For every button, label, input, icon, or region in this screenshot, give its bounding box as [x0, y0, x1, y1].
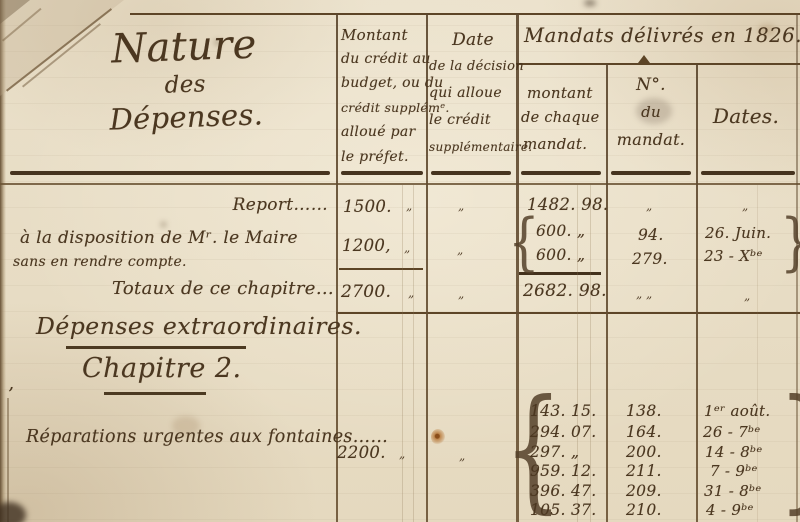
- number-header-line: du: [608, 99, 694, 126]
- mandat-amount: 143. 15.: [530, 402, 597, 420]
- totaux-credit: 2700.: [341, 282, 391, 302]
- mandat-amount: 396. 47.: [530, 482, 597, 500]
- report-credit: 1500.: [343, 197, 392, 216]
- nature-column-header: Nature des Dépenses.: [68, 20, 302, 138]
- decision-header-line: le crédit: [429, 107, 517, 134]
- mandat-amount: 105. 37.: [530, 501, 597, 519]
- amount-header-line: montant: [521, 81, 605, 106]
- dates-column-header: Dates.: [700, 104, 792, 128]
- number-header-line: N°.: [608, 72, 694, 99]
- number-header-line: mandat.: [608, 126, 694, 154]
- report-mandat-num-ditto: „: [646, 199, 652, 213]
- mandat-date: 26 - 7ᵇᵉ: [703, 423, 760, 441]
- disposition-mandat-date-2: 23 - Xᵇᵉ: [704, 247, 763, 265]
- section-title-underline: [66, 346, 246, 349]
- cents-guide: [402, 185, 403, 522]
- chapter-total-rule-col2: [339, 268, 423, 270]
- credit-header-line: crédit supplémᵉ.: [341, 95, 425, 120]
- disposition-mandat-num-2: 279.: [632, 250, 668, 268]
- mandat-number-column-header: N°. du mandat.: [608, 72, 694, 154]
- disposition-row-label: à la disposition de Mʳ. le Maire: [20, 228, 298, 248]
- mandats-group-header: Mandats délivrés en 1826.: [524, 24, 796, 47]
- mandats-header-rule: [516, 63, 800, 65]
- section-separator-rule: [336, 312, 800, 314]
- cents-guide: [413, 185, 414, 522]
- chapter-heading: Chapitre 2.: [82, 353, 242, 384]
- mandat-number: 211.: [626, 462, 662, 480]
- nature-title-line1: Nature: [68, 20, 299, 74]
- disposition-row-label2: sans en rendre compte.: [13, 254, 187, 270]
- report-decision-ditto: „: [458, 199, 464, 213]
- credit-header-line: budget, ou du: [341, 71, 425, 95]
- mandat-date: 31 - 8ᵇᵉ: [704, 482, 761, 500]
- reparations-date-brace-close: }: [778, 371, 800, 522]
- totaux-mandat-num-ditto: „ „: [636, 287, 652, 301]
- header-bar-col2: [341, 171, 423, 175]
- chapter-heading-underline: [104, 392, 206, 395]
- top-speck: [584, 0, 596, 6]
- mandat-amount: 959. 12.: [530, 462, 597, 480]
- nature-title-line3: Dépenses.: [71, 96, 302, 138]
- decision-column-header: Date de la décision qui alloue le crédit…: [429, 27, 517, 161]
- bottom-left-shadow: [0, 502, 26, 522]
- mandat-amount-column-header: montant de chaque mandat.: [521, 81, 605, 157]
- report-credit-ditto: „: [406, 199, 412, 213]
- mandat-number: 209.: [626, 482, 662, 500]
- totaux-credit-ditto: „: [408, 286, 414, 300]
- totaux-mandat-amount: 2682. 98.: [523, 281, 607, 301]
- header-bar-col6: [701, 171, 795, 175]
- reparations-credit: 2200.: [337, 443, 386, 462]
- disposition-credit: 1200,: [342, 236, 391, 255]
- totaux-row-label: Totaux de ce chapitre…: [112, 278, 334, 299]
- disposition-mandat-amount-1: 600. „: [536, 222, 585, 240]
- disposition-credit-ditto: „: [404, 241, 410, 255]
- section-title: Dépenses extraordinaires.: [36, 312, 362, 340]
- header-bar-col3: [431, 171, 511, 175]
- mandat-amount: 294. 07.: [530, 423, 597, 441]
- margin-mark: ’: [8, 384, 14, 405]
- column-divider-5: [696, 64, 698, 522]
- decision-header-line: qui alloue: [429, 80, 517, 107]
- mandat-date: 14 - 8ᵇᵉ: [705, 443, 762, 461]
- reparations-decision-ditto: „: [459, 449, 465, 463]
- credit-header-line: du crédit au: [341, 47, 425, 71]
- mandat-date: 4 - 9ᵇᵉ: [706, 501, 754, 519]
- mandats-rule-caret: [638, 55, 650, 63]
- header-bar-col1: [10, 171, 330, 175]
- disposition-amount-brace-open: {: [508, 206, 540, 279]
- disposition-mandat-amount-2: 600. „: [536, 246, 585, 264]
- mandat-date: 7 - 9ᵇᵉ: [710, 462, 758, 480]
- disposition-decision-ditto: „: [457, 243, 463, 257]
- reparations-row-label: Réparations urgentes aux fontaines……: [26, 427, 388, 447]
- amount-header-line: de chaque: [521, 106, 605, 131]
- decision-header-line: Date: [429, 27, 517, 53]
- ink-dot-2: [161, 222, 166, 227]
- rust-stain: [431, 429, 445, 445]
- mandat-number: 200.: [626, 443, 662, 461]
- decision-header-line: de la décision: [429, 53, 517, 80]
- totaux-date-ditto: „: [744, 289, 750, 303]
- mandat-number: 210.: [626, 501, 662, 519]
- mandat-number: 164.: [626, 423, 662, 441]
- disposition-mandat-date-1: 26. Juin.: [705, 224, 771, 242]
- report-date-ditto: „: [742, 199, 748, 213]
- credit-header-line: Montant: [341, 23, 425, 47]
- ledger-page-photo: Nature des Dépenses. Montant du crédit a…: [0, 0, 800, 522]
- credit-header-line: alloué par: [341, 120, 425, 145]
- mandat-amount: 297. „: [530, 443, 579, 461]
- decision-header-line: supplémentaire.: [429, 134, 517, 161]
- header-bottom-rule: [0, 183, 800, 185]
- mandat-number: 138.: [626, 402, 662, 420]
- credit-column-header: Montant du crédit au budget, ou du crédi…: [341, 23, 425, 170]
- amount-header-line: mandat.: [521, 131, 605, 157]
- disposition-mandat-num-1: 94.: [638, 226, 664, 244]
- mandat-date: 1ᵉʳ août.: [704, 402, 770, 420]
- totaux-decision-ditto: „: [458, 287, 464, 301]
- reparations-credit-ditto: „: [399, 447, 405, 461]
- disposition-date-brace-close: }: [780, 206, 800, 279]
- report-row-label: Report……: [150, 195, 328, 215]
- header-bar-col5: [611, 171, 691, 175]
- header-bar-col4: [521, 171, 601, 175]
- credit-header-line: le préfet.: [341, 145, 425, 170]
- table-top-rule: [130, 13, 800, 15]
